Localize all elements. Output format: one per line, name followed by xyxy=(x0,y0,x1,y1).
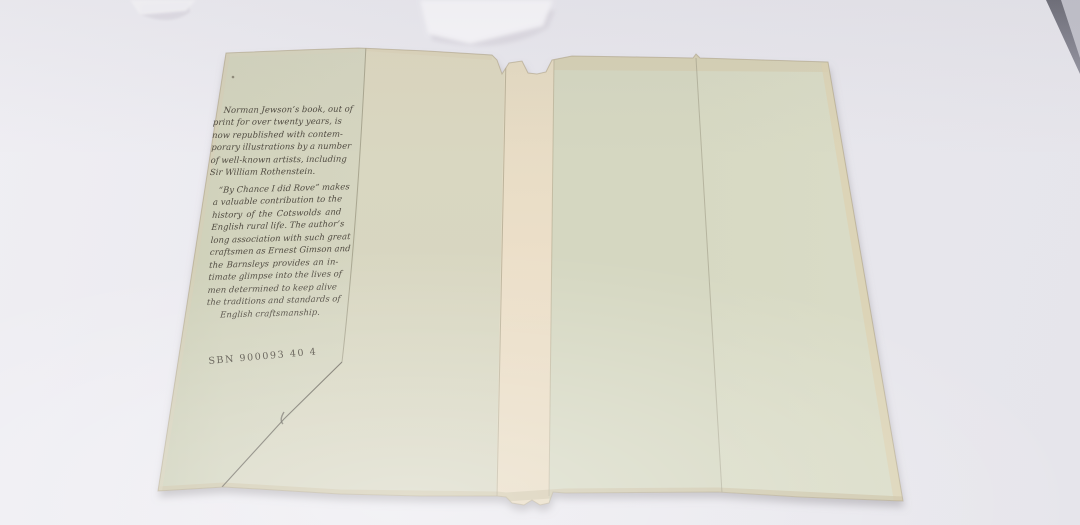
blurb-line: porary illustrations by a number xyxy=(211,140,341,154)
back-flap-panel xyxy=(696,58,912,507)
jacket-artwork xyxy=(0,0,1080,525)
background-paper-corner xyxy=(130,0,555,46)
ink-speck xyxy=(232,76,235,79)
book-jacket-photo: Norman Jewson’s book, out of print for o… xyxy=(0,0,1080,525)
table-edge-corner xyxy=(1046,0,1080,74)
blurb-line: of well-known artists, including xyxy=(210,152,340,166)
flap-blurb: Norman Jewson’s book, out of print for o… xyxy=(214,104,343,321)
blurb-paragraph-2: “By Chance I did Rove” makes a valuable … xyxy=(206,180,343,321)
blurb-paragraph-1: Norman Jewson’s book, out of print for o… xyxy=(210,103,344,179)
blurb-line: Sir William Rothenstein. xyxy=(210,165,340,179)
back-cover-inner-panel xyxy=(549,58,722,510)
